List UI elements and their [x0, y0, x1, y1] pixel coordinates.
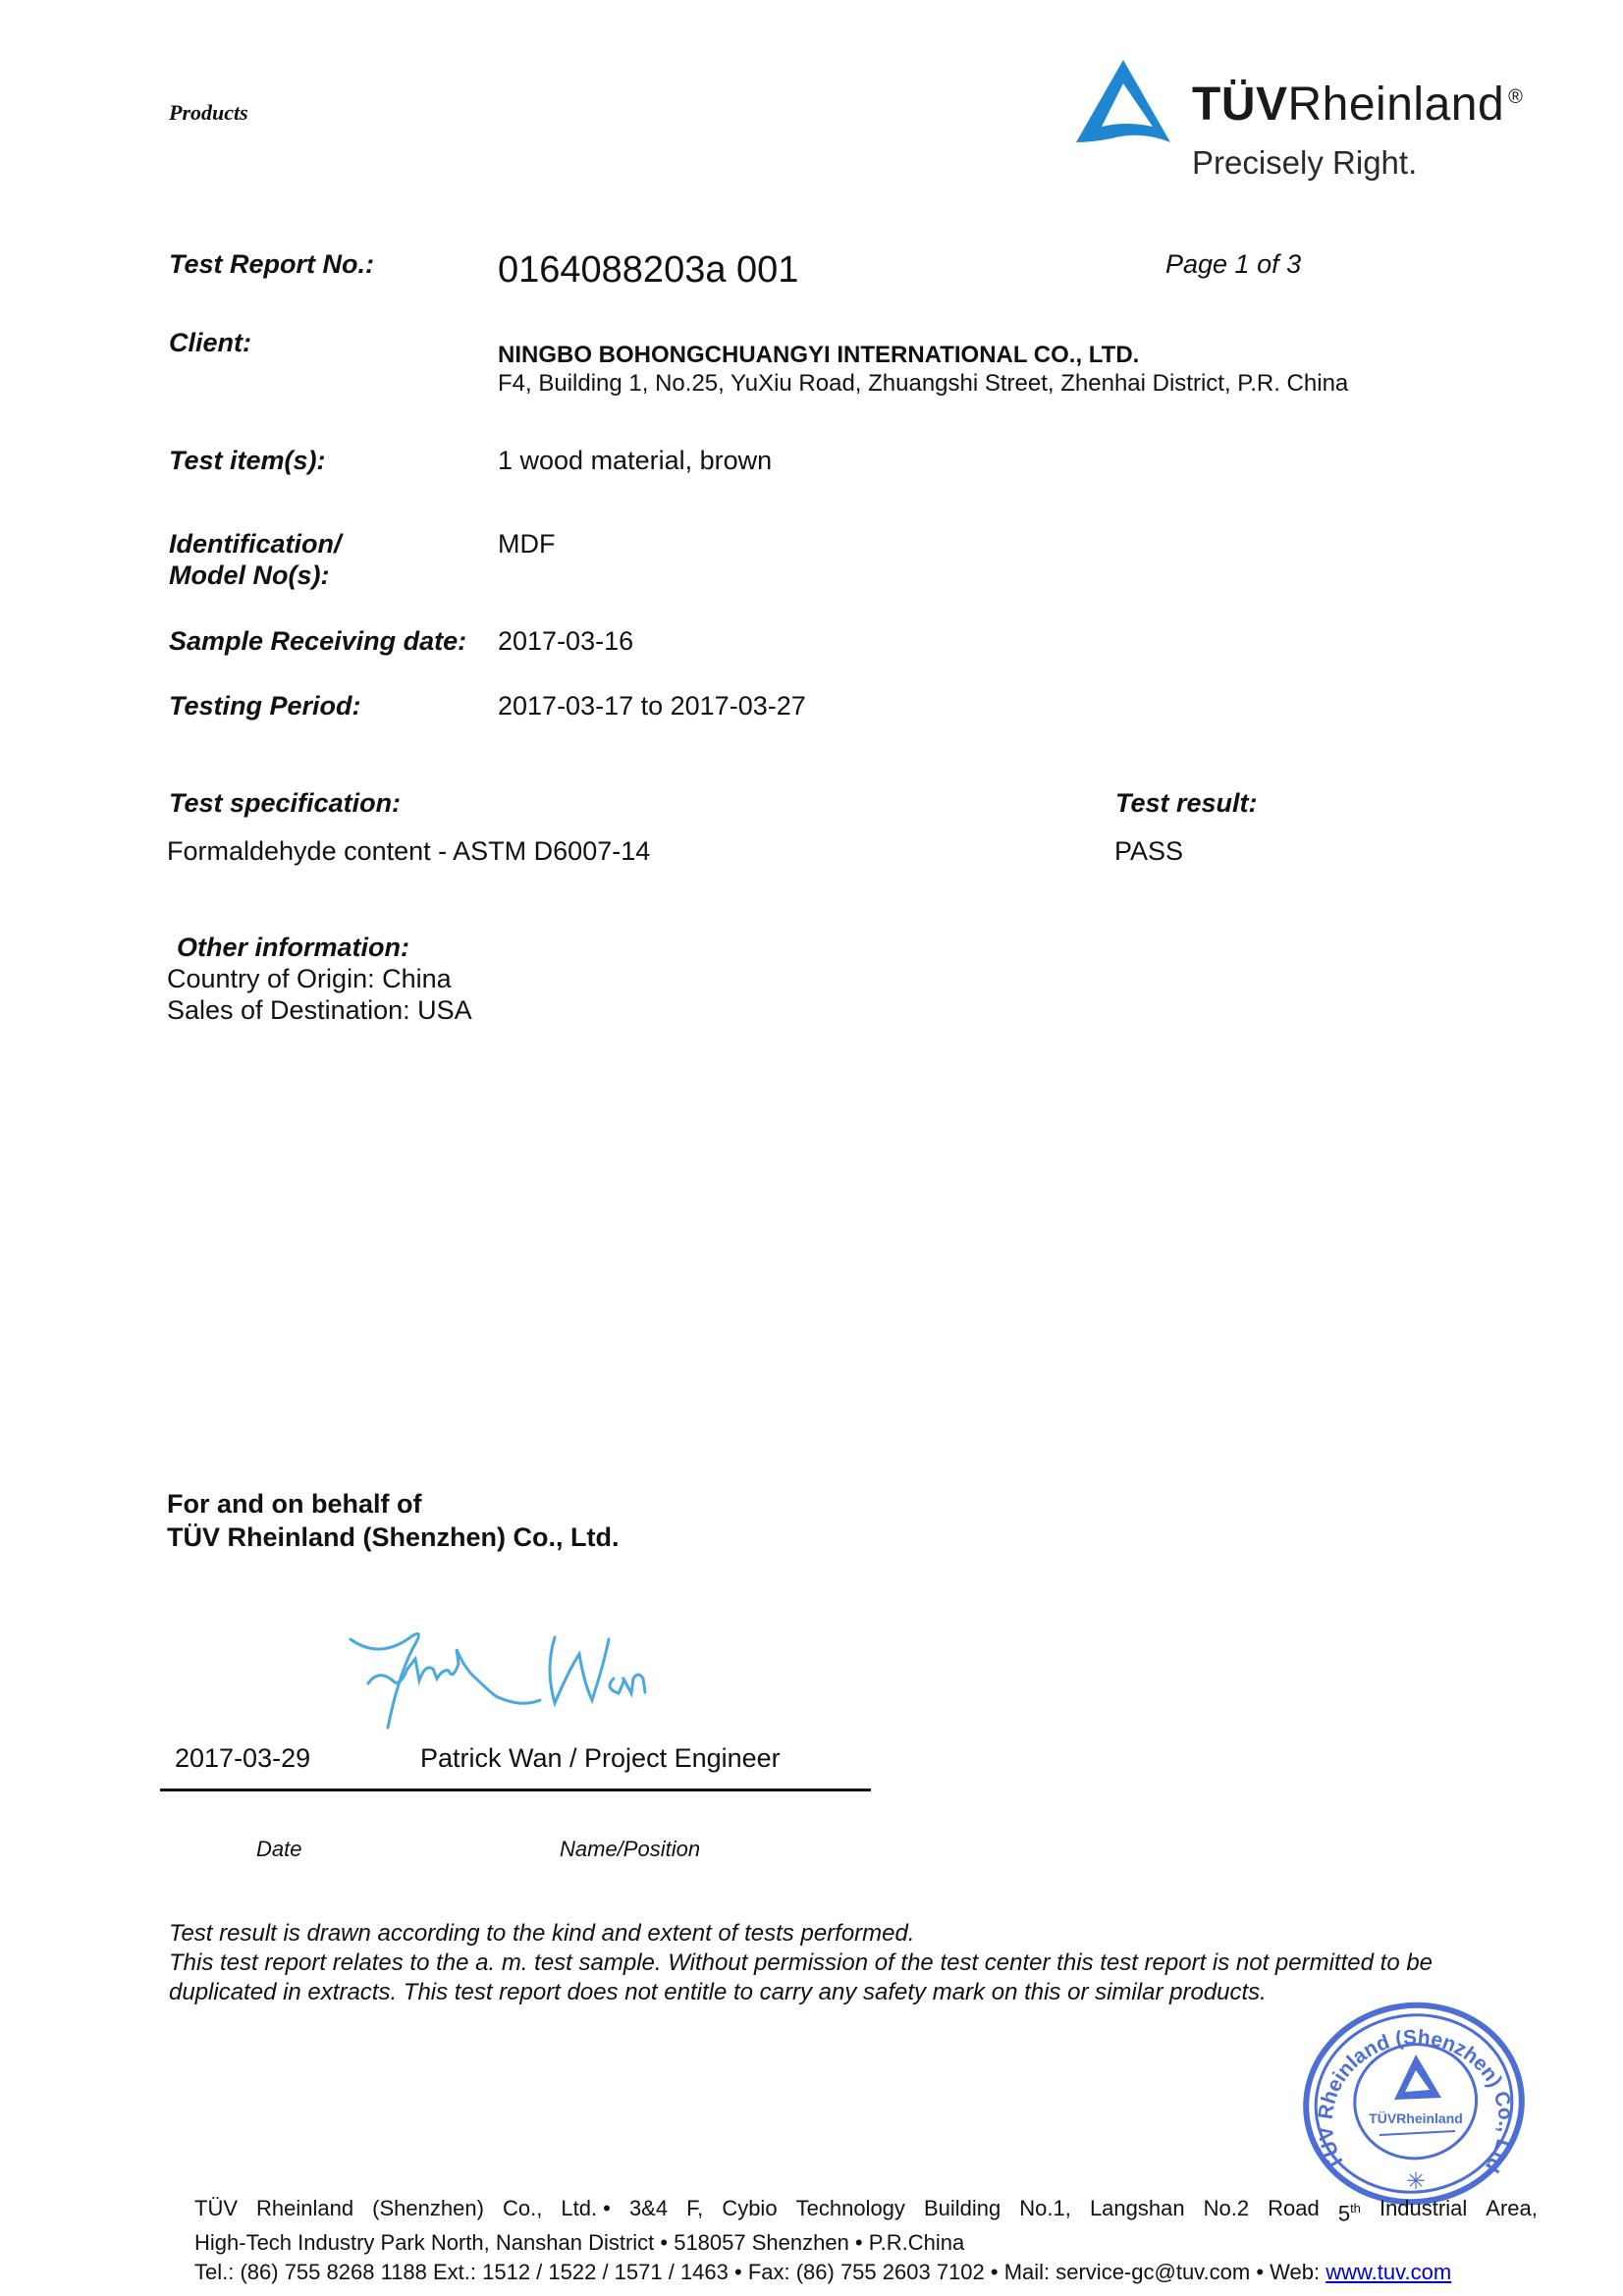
- testing-period: 2017-03-17 to 2017-03-27: [498, 691, 806, 721]
- client-address: F4, Building 1, No.25, YuXiu Road, Zhuan…: [498, 370, 1348, 398]
- testing-period-label: Testing Period:: [169, 691, 361, 721]
- name-position-caption: Name/Position: [560, 1837, 700, 1862]
- stamp-star-icon: ✳: [1406, 2168, 1426, 2195]
- disclaimer-line-1: Test result is drawn according to the ki…: [169, 1919, 1543, 1949]
- client-name: NINGBO BOHONGCHUANGYI INTERNATIONAL CO.,…: [498, 342, 1139, 369]
- signature-name-position: Patrick Wan / Project Engineer: [420, 1743, 781, 1774]
- test-items: 1 wood material, brown: [498, 446, 772, 476]
- footer: TÜVRheinland(Shenzhen)Co.,Ltd. •3&4F,Cyb…: [194, 2194, 1538, 2287]
- logo-tagline: Precisely Right.: [1192, 144, 1417, 182]
- page-indicator: Page 1 of 3: [1165, 249, 1301, 280]
- footer-line-3: Tel.: (86) 755 8268 1188 Ext.: 1512 / 15…: [194, 2258, 1538, 2287]
- logo-wordmark: TÜVRheinland®: [1192, 78, 1523, 132]
- other-info-label: Other information:: [177, 933, 409, 963]
- test-spec: Formaldehyde content - ASTM D6007-14: [167, 836, 650, 867]
- test-result: PASS: [1114, 836, 1183, 867]
- client-label: Client:: [169, 328, 251, 358]
- signature-date: 2017-03-29: [175, 1743, 310, 1774]
- tuv-logo: TÜVRheinland® Precisely Right.: [1072, 54, 1563, 191]
- footer-line-1: TÜVRheinland(Shenzhen)Co.,Ltd. •3&4F,Cyb…: [194, 2194, 1538, 2228]
- date-caption: Date: [256, 1837, 301, 1862]
- report-number: 0164088203a 001: [498, 249, 798, 292]
- footer-line-2: High-Tech Industry Park North, Nanshan D…: [194, 2228, 1538, 2258]
- tuv-triangle-icon: [1072, 56, 1180, 154]
- country-of-origin: Country of Origin: China: [167, 964, 452, 994]
- stamp-center-text: TÜVRheinland: [1369, 2110, 1463, 2126]
- behalf-line-2: TÜV Rheinland (Shenzhen) Co., Ltd.: [167, 1521, 619, 1554]
- sales-destination: Sales of Destination: USA: [167, 995, 472, 1026]
- website-link[interactable]: www.tuv.com: [1325, 2260, 1451, 2284]
- signature-image: [339, 1610, 692, 1737]
- test-spec-label: Test specification:: [169, 788, 401, 819]
- section-header: Products: [169, 100, 248, 126]
- identification-value: MDF: [498, 529, 555, 560]
- identification-label-1: Identification/: [169, 529, 342, 560]
- report-number-label: Test Report No.:: [169, 249, 374, 280]
- company-stamp: TÜVRheinland ✳ TÜV Rheinland (Shenzhen) …: [1286, 1988, 1551, 2214]
- test-items-label: Test item(s):: [169, 446, 326, 476]
- signature-divider: [160, 1789, 871, 1791]
- test-result-label: Test result:: [1115, 788, 1258, 819]
- sample-date-label: Sample Receiving date:: [169, 626, 466, 657]
- behalf-line-1: For and on behalf of: [167, 1487, 421, 1521]
- identification-label-2: Model No(s):: [169, 561, 329, 591]
- sample-date: 2017-03-16: [498, 626, 633, 657]
